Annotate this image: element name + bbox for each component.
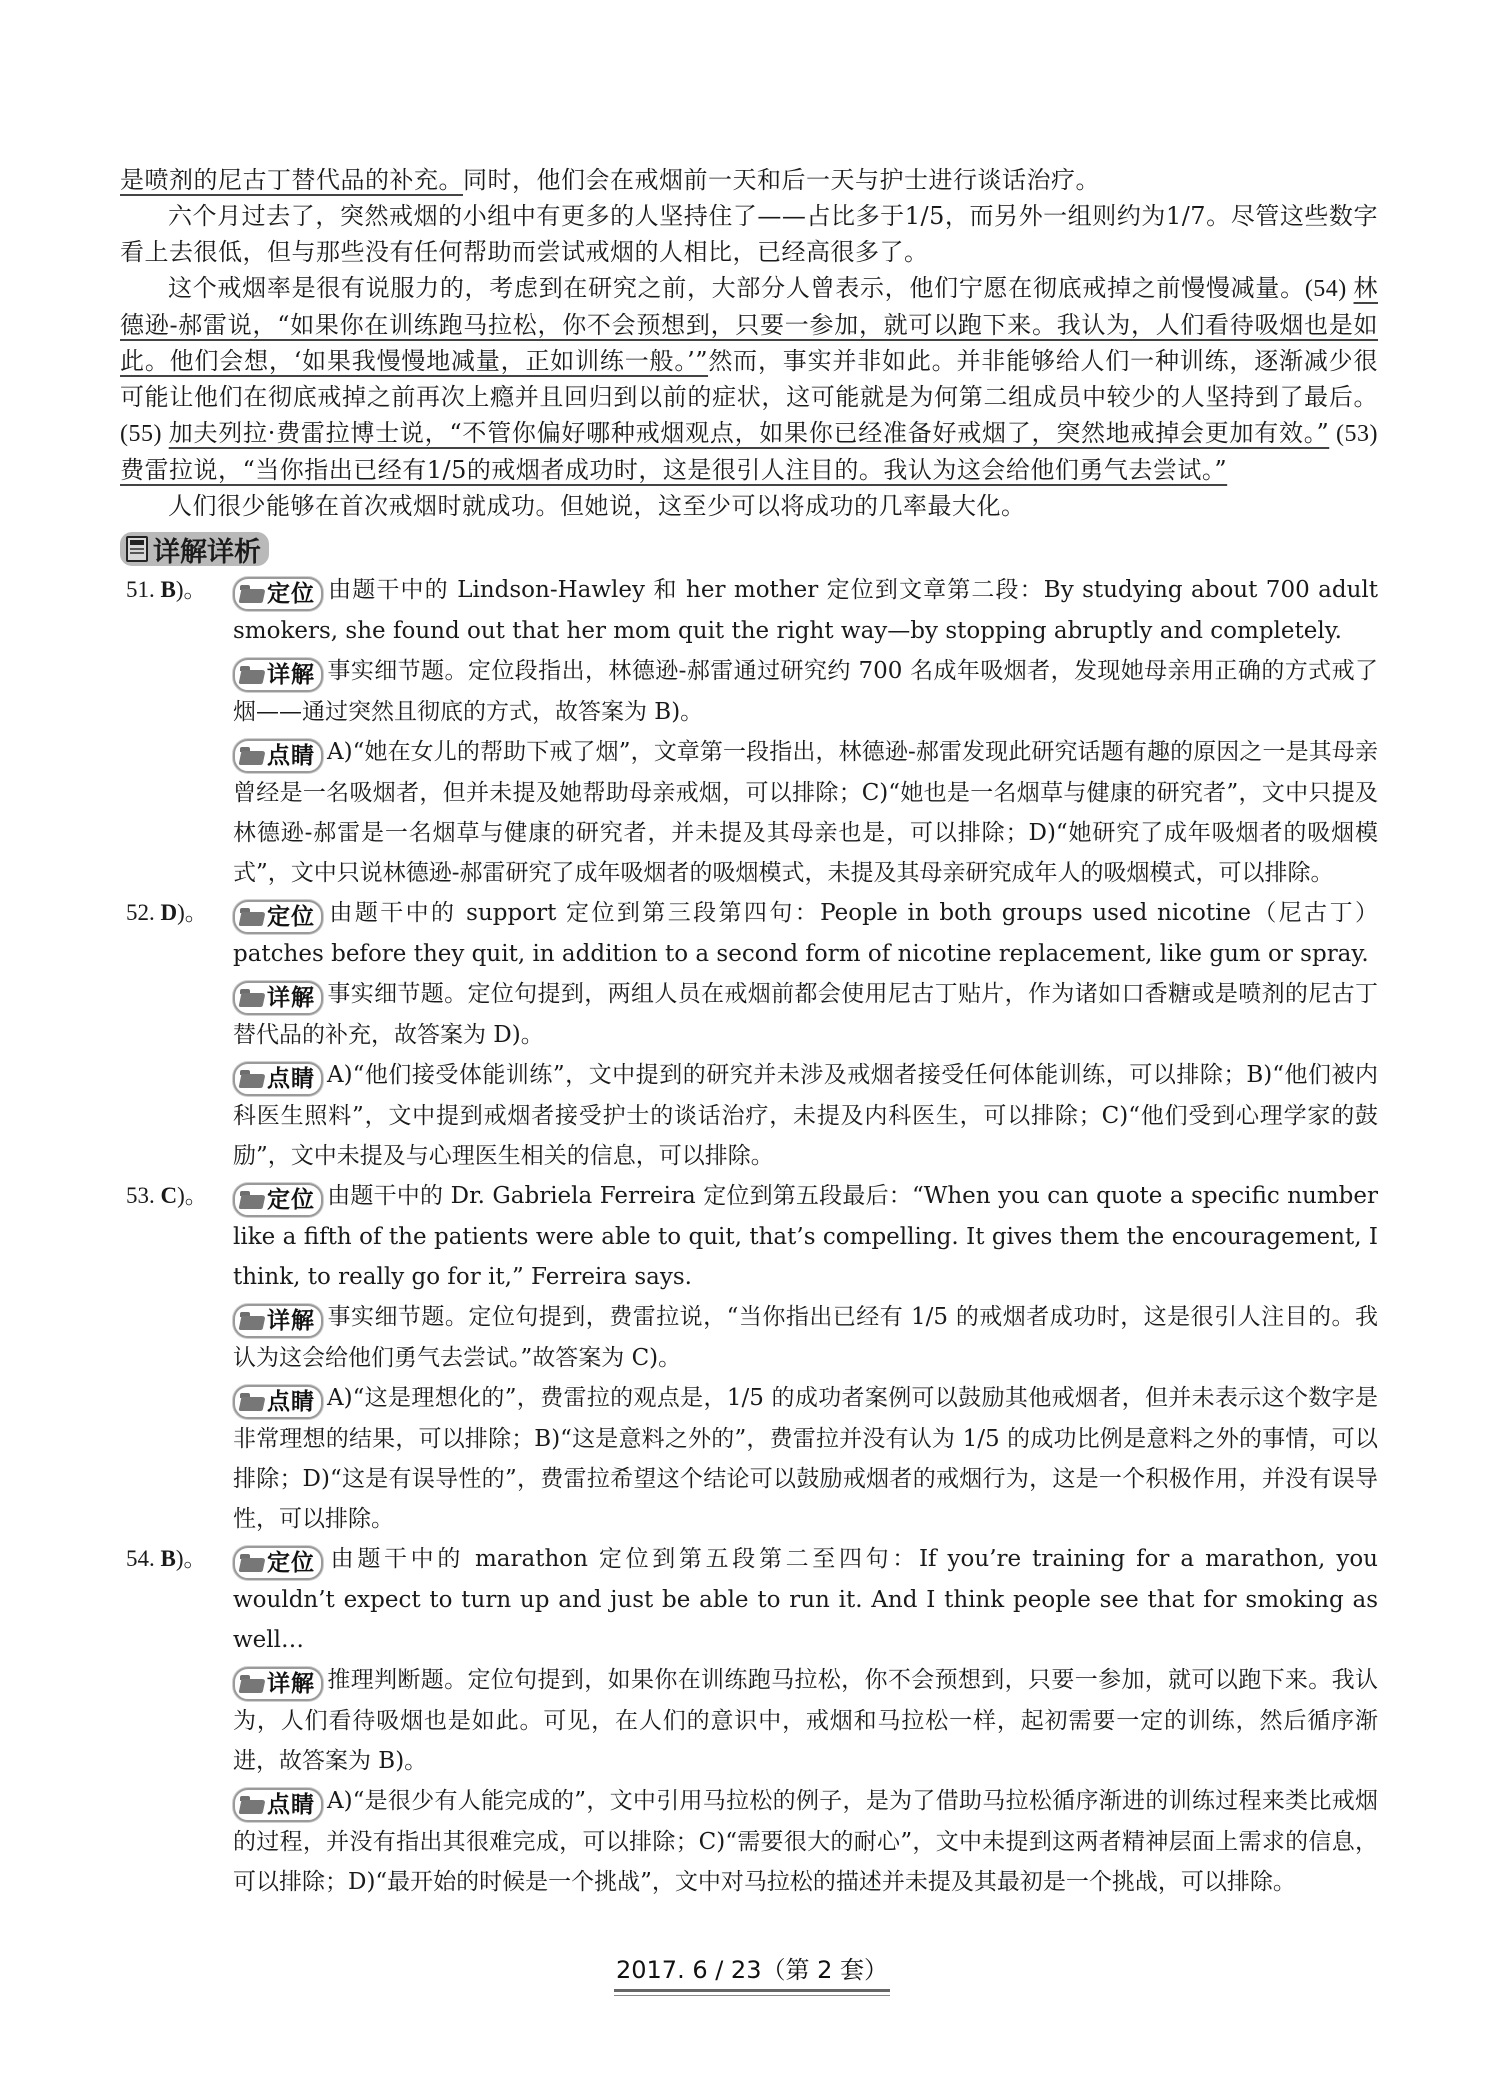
answer-letter: C [161,1183,178,1208]
answer-suffix: )。 [177,900,208,925]
text-span: 六个月过去了，突然戒烟的小组中有更多的人坚持住了——占比多于1/5，而另外一组则… [120,202,1378,266]
folder-icon [240,666,264,684]
explain-text: 事实细节题。定位段指出，林德逊-郝雷通过研究约 700 名成年吸烟者，发现她母亲… [233,658,1378,725]
highlight-block: 点睛A)“这是理想化的”，费雷拉的观点是，1/5 的成功者案例可以鼓励其他戒烟者… [233,1378,1378,1539]
page-footer: 2017. 6 / 23（第 2 套） [614,1950,890,1996]
locate-text: 由题干中的 support 定位到第三段第四句：People in both g… [233,900,1378,967]
section-header: 详解详析 [120,532,269,566]
question-number: 53. [126,1183,155,1208]
answer-item: 51. B)。 定位由题干中的 Lindson-Hawley 和 her mot… [120,570,1378,893]
highlight-block: 点睛A)“是很少有人能完成的”，文中引用马拉松的例子，是为了借助马拉松循序渐进的… [233,1781,1378,1902]
locate-tag: 定位 [233,1183,323,1217]
tag-label: 定位 [267,897,315,937]
explain-block: 详解推理判断题。定位句提到，如果你在训练跑马拉松，你不会预想到，只要一参加，就可… [233,1660,1378,1781]
answer-letter: B [161,1546,176,1571]
tag-label: 点睛 [267,1785,315,1825]
folder-icon [240,1675,264,1693]
folder-icon [240,585,264,603]
underlined-text: 费雷拉说，“当你指出已经有1/5的戒烟者成功时，这是很引人注目的。我认为这会给他… [120,456,1227,484]
answer-letter: B [161,577,176,602]
question-number: 52. [126,900,155,925]
tag-label: 详解 [267,655,315,695]
explain-tag: 详解 [233,1304,323,1338]
locate-tag: 定位 [233,1546,323,1580]
tag-label: 详解 [267,1664,315,1704]
text-span: 这个戒烟率是很有说服力的，考虑到在研究之前，大部分人曾表示，他们宁愿在彻底戒掉之… [168,274,1305,302]
explain-block: 详解事实细节题。定位句提到，两组人员在戒烟前都会使用尼古丁贴片，作为诸如口香糖或… [233,974,1378,1055]
tag-label: 详解 [267,978,315,1018]
locate-text: 由题干中的 marathon 定位到第五段第二至四句：If you’re tra… [233,1546,1378,1653]
answer-number: 53. C)。 [126,1176,208,1216]
section-title: 详解详析 [153,530,261,569]
explain-tag: 详解 [233,1667,323,1701]
answer-item: 52. D)。 定位由题干中的 support 定位到第三段第四句：People… [120,893,1378,1176]
tag-label: 点睛 [267,1059,315,1099]
answer-number: 54. B)。 [126,1539,207,1579]
highlight-tag: 点睛 [233,1385,323,1419]
folder-icon [240,1393,264,1411]
locate-block: 定位由题干中的 Dr. Gabriela Ferreira 定位到第五段最后：“… [233,1176,1378,1297]
highlight-tag: 点睛 [233,1788,323,1822]
underlined-text: 加夫列拉·费雷拉博士说，“不管你偏好哪种戒烟观点，如果你已经准备好戒烟了，突然地… [169,419,1330,447]
passage-paragraph: 人们很少能够在首次戒烟时就成功。但她说，这至少可以将成功的几率最大化。 [120,488,1378,524]
folder-icon [240,1070,264,1088]
folder-icon [240,908,264,926]
answer-suffix: )。 [176,577,207,602]
locate-block: 定位由题干中的 support 定位到第三段第四句：People in both… [233,893,1378,974]
highlight-text: A)“她在女儿的帮助下戒了烟”，文章第一段指出，林德逊-郝雷发现此研究话题有趣的… [233,739,1378,886]
answer-item: 54. B)。 定位由题干中的 marathon 定位到第五段第二至四句：If … [120,1539,1378,1902]
explain-tag: 详解 [233,658,323,692]
answer-suffix: )。 [176,1546,207,1571]
passage-paragraph: 六个月过去了，突然戒烟的小组中有更多的人坚持住了——占比多于1/5，而另外一组则… [120,198,1378,270]
highlight-tag: 点睛 [233,739,323,773]
document-icon [126,536,148,562]
highlight-tag: 点睛 [233,1062,323,1096]
folder-icon [240,747,264,765]
tag-label: 定位 [267,1180,315,1220]
tag-label: 详解 [267,1301,315,1341]
question-ref-55: (55) [120,421,169,447]
question-ref-53: (53) [1329,421,1378,447]
answer-number: 51. B)。 [126,570,207,610]
highlight-block: 点睛A)“他们接受体能训练”，文中提到的研究并未涉及戒烟者接受任何体能训练，可以… [233,1055,1378,1176]
locate-text: 由题干中的 Dr. Gabriela Ferreira 定位到第五段最后：“Wh… [233,1183,1378,1290]
question-number: 54. [126,1546,155,1571]
page-content: 是喷剂的尼古丁替代品的补充。同时，他们会在戒烟前一天和后一天与护士进行谈话治疗。… [120,162,1378,1902]
folder-icon [240,989,264,1007]
folder-icon [240,1312,264,1330]
folder-icon [240,1796,264,1814]
tag-label: 点睛 [267,1382,315,1422]
tag-label: 定位 [267,574,315,614]
answer-suffix: )。 [177,1183,208,1208]
locate-block: 定位由题干中的 marathon 定位到第五段第二至四句：If you’re t… [233,1539,1378,1660]
underlined-text: 是喷剂的尼古丁替代品的补充。 [120,166,463,194]
locate-block: 定位由题干中的 Lindson-Hawley 和 her mother 定位到文… [233,570,1378,651]
question-ref-54: (54) [1305,276,1354,302]
answer-number: 52. D)。 [126,893,208,933]
locate-tag: 定位 [233,900,323,934]
passage-paragraph: 是喷剂的尼古丁替代品的补充。同时，他们会在戒烟前一天和后一天与护士进行谈话治疗。 [120,162,1378,198]
highlight-block: 点睛A)“她在女儿的帮助下戒了烟”，文章第一段指出，林德逊-郝雷发现此研究话题有… [233,732,1378,893]
highlight-text: A)“这是理想化的”，费雷拉的观点是，1/5 的成功者案例可以鼓励其他戒烟者，但… [233,1385,1378,1532]
answer-letter: D [161,900,178,925]
locate-tag: 定位 [233,577,323,611]
answer-item: 53. C)。 定位由题干中的 Dr. Gabriela Ferreira 定位… [120,1176,1378,1539]
text-span: 同时，他们会在戒烟前一天和后一天与护士进行谈话治疗。 [463,166,1100,194]
footer-rule [614,1989,890,1996]
folder-icon [240,1191,264,1209]
page-label: 2017. 6 / 23（第 2 套） [614,1950,890,1985]
tag-label: 定位 [267,1543,315,1583]
explain-block: 详解事实细节题。定位段指出，林德逊-郝雷通过研究约 700 名成年吸烟者，发现她… [233,651,1378,732]
explain-text: 事实细节题。定位句提到，费雷拉说，“当你指出已经有 1/5 的戒烟者成功时，这是… [233,1304,1378,1371]
explain-tag: 详解 [233,981,323,1015]
text-span: 人们很少能够在首次戒烟时就成功。但她说，这至少可以将成功的几率最大化。 [168,492,1026,520]
highlight-text: A)“是很少有人能完成的”，文中引用马拉松的例子，是为了借助马拉松循序渐进的训练… [233,1788,1378,1895]
passage-paragraph: 这个戒烟率是很有说服力的，考虑到在研究之前，大部分人曾表示，他们宁愿在彻底戒掉之… [120,270,1378,488]
highlight-text: A)“他们接受体能训练”，文中提到的研究并未涉及戒烟者接受任何体能训练，可以排除… [233,1062,1378,1169]
explain-text: 推理判断题。定位句提到，如果你在训练跑马拉松，你不会预想到，只要一参加，就可以跑… [233,1667,1378,1774]
folder-icon [240,1554,264,1572]
question-number: 51. [126,577,155,602]
locate-text: 由题干中的 Lindson-Hawley 和 her mother 定位到文章第… [233,577,1378,644]
passage-translation: 是喷剂的尼古丁替代品的补充。同时，他们会在戒烟前一天和后一天与护士进行谈话治疗。… [120,162,1378,524]
explain-text: 事实细节题。定位句提到，两组人员在戒烟前都会使用尼古丁贴片，作为诸如口香糖或是喷… [233,981,1378,1048]
explain-block: 详解事实细节题。定位句提到，费雷拉说，“当你指出已经有 1/5 的戒烟者成功时，… [233,1297,1378,1378]
tag-label: 点睛 [267,736,315,776]
